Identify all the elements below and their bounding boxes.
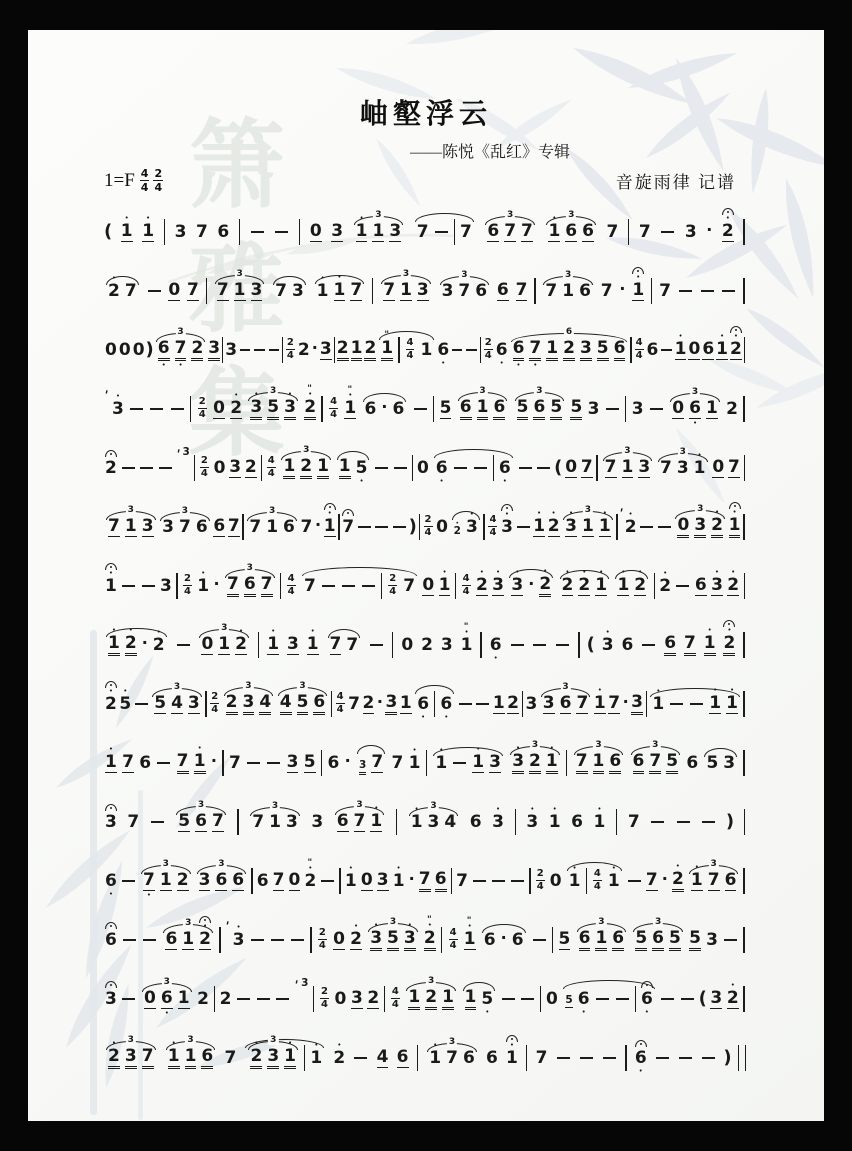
barline	[237, 809, 238, 835]
note: 1•	[125, 517, 137, 538]
note: 2•	[476, 576, 488, 597]
notation-line: 1•2•·2•01•2•1•31•770231•"6•(3•6671•2•	[104, 615, 746, 674]
note: 7	[348, 695, 360, 714]
note: 3	[125, 1047, 137, 1070]
note-digit: 1	[121, 222, 133, 243]
octave-dot-above: •	[266, 511, 278, 518]
tie-arc	[105, 681, 117, 688]
dash	[271, 939, 284, 941]
note: 6	[579, 929, 591, 952]
note: 6	[460, 398, 472, 421]
octave-dot-below: •	[143, 892, 155, 899]
note: 7	[458, 282, 470, 301]
ts-numerator: 4	[449, 927, 458, 940]
note: 1•	[334, 281, 346, 302]
octave-dot-above: •	[125, 510, 137, 517]
note: 1•	[429, 1049, 441, 1068]
dash	[661, 231, 674, 233]
tie-arc	[635, 1040, 647, 1047]
note-digit: 4	[259, 693, 271, 716]
barline	[261, 455, 262, 481]
dash	[724, 939, 737, 941]
dash	[661, 349, 671, 351]
note: 0	[119, 341, 131, 360]
note-digit: 7	[143, 871, 155, 892]
note-digit: 7	[177, 752, 189, 775]
octave-dot-above: •	[439, 569, 451, 576]
note-digit: 0	[546, 990, 558, 1009]
dash	[254, 349, 264, 351]
barline	[616, 809, 617, 835]
note: 2•	[548, 517, 560, 538]
note-digit: 2	[220, 990, 232, 1009]
note-digit: 5	[304, 753, 316, 774]
note: 6	[283, 518, 295, 537]
ts-numerator: 4	[329, 396, 338, 409]
note: 1•	[652, 695, 664, 714]
note: 0	[677, 516, 689, 539]
ts-numerator: 4	[593, 868, 602, 881]
barline	[441, 927, 442, 953]
barline	[625, 1045, 626, 1071]
dash	[135, 703, 148, 705]
note-digit: 2	[421, 636, 433, 655]
ts-denominator: 4	[288, 586, 295, 598]
note: 6	[487, 222, 499, 243]
barline	[628, 219, 629, 245]
note-digit: 1	[617, 576, 629, 597]
tuplet-group: 376	[438, 282, 492, 301]
note: 1•	[716, 340, 728, 361]
note-digit: 6	[499, 459, 511, 478]
note-digit: 7	[403, 577, 415, 596]
note: 1•	[632, 281, 644, 302]
tie-arc	[723, 620, 735, 627]
octave-dot-above: •	[182, 923, 194, 930]
note-digit: 1	[582, 517, 594, 538]
note: 1•	[435, 754, 447, 773]
ts-denominator: 4	[450, 940, 457, 952]
note-digit: 1	[400, 694, 412, 715]
notation-line: 000)6•7•233242·32121"4416•246•6•7•123564…	[104, 320, 746, 379]
note-digit: 6	[463, 1049, 475, 1068]
note: 6	[215, 871, 227, 892]
note-digit: 6	[497, 281, 509, 302]
note-digit: 2	[105, 695, 117, 714]
note-digit: 1	[594, 813, 606, 832]
note: 1•	[393, 872, 405, 891]
close-paren: )	[146, 339, 154, 360]
note: 2	[220, 990, 232, 1009]
note-digit: 2	[563, 339, 575, 362]
note-digit: 6	[579, 282, 591, 301]
note-digit: 6	[578, 990, 590, 1009]
slur-group: 15•	[461, 988, 498, 1011]
octave-dot-above: •	[168, 1040, 180, 1047]
octave-dot-above: •	[602, 629, 614, 636]
note: 3•	[492, 813, 504, 832]
note: 1•"	[461, 636, 473, 655]
note-digit: 6	[161, 989, 173, 1010]
note-digit: 7	[446, 1049, 458, 1068]
dash	[596, 998, 609, 1000]
note-digit: 2	[424, 929, 436, 952]
note: 1•	[218, 635, 230, 656]
note: 6	[493, 398, 505, 421]
octave-dot-above: •	[310, 1042, 322, 1049]
note-digit: 0	[361, 871, 373, 892]
note-digit: 2	[454, 526, 461, 538]
note-digit: 2	[539, 575, 551, 598]
octave-dot-above: •	[333, 1042, 345, 1049]
note-digit: 6	[257, 872, 269, 891]
close-paren: )	[723, 1047, 731, 1068]
note-digit: 4	[280, 693, 292, 716]
header: 岫壑浮云 ——陈悦《乱红》专辑 1=F 4424 音旋雨律 记谱	[28, 92, 824, 194]
octave-dot-above: •	[185, 1040, 197, 1047]
note: 7	[354, 812, 366, 833]
note-digit: 3	[711, 576, 723, 597]
barline	[310, 927, 311, 953]
slur-group: 37	[355, 751, 387, 776]
note-digit: 3	[501, 518, 513, 537]
note-digit: 1	[533, 517, 545, 538]
tie-arc	[641, 981, 653, 988]
note-digit: 5	[481, 990, 493, 1009]
note-digit: 7	[628, 813, 640, 832]
note-digit: 0	[201, 635, 213, 656]
note: 6	[497, 281, 509, 302]
octave-dot-above: •	[729, 509, 741, 516]
note-digit: 3	[284, 398, 296, 421]
octave-dot-below: •	[499, 478, 511, 485]
octave-dot-above: •	[230, 392, 242, 399]
note: 1	[706, 399, 718, 420]
note: 7	[417, 223, 429, 242]
ts-numerator: 4	[391, 986, 400, 999]
dash	[656, 1057, 669, 1059]
slur-group: 77	[413, 219, 476, 245]
note-digit: 0	[119, 341, 131, 360]
dash	[237, 998, 250, 1000]
time-signature: 44	[267, 455, 276, 480]
ts-denominator: 4	[287, 350, 294, 362]
note: 2	[563, 339, 575, 362]
note: 3	[229, 458, 241, 479]
octave-dot-above: •	[218, 628, 230, 635]
octave-dot-above: •	[121, 215, 133, 222]
note-digit: 6	[165, 930, 177, 951]
dash	[362, 585, 375, 587]
note: 1•	[594, 694, 606, 715]
note: 2	[425, 988, 437, 1011]
octave-dot-above: •	[233, 924, 245, 931]
octave-dot-above: •	[625, 511, 637, 518]
note-digit: 6	[490, 636, 502, 655]
octave-dot-above: •	[634, 569, 646, 576]
note: 5	[297, 693, 309, 716]
tuplet-group: 121	[404, 988, 458, 1011]
ts-numerator: 2	[536, 868, 545, 881]
note: 3	[311, 813, 323, 832]
notation-line: 1•3241•·76744724701•442•3•3•·2•2•2•1•1•2…	[104, 556, 746, 615]
note-digit: 2	[425, 988, 437, 1011]
ts-denominator: 4	[268, 468, 275, 480]
note-digit: 7	[504, 222, 516, 243]
note-digit: 1	[370, 812, 382, 833]
note: 4	[444, 813, 456, 832]
note: 6	[313, 693, 325, 716]
note-digit: 2	[507, 694, 519, 715]
note: 7	[576, 694, 588, 715]
ornament-mark: "	[347, 385, 353, 395]
barline	[743, 750, 744, 776]
octave-dot-above: •	[512, 745, 524, 752]
dash	[722, 290, 735, 292]
note: 1•	[549, 813, 561, 832]
note-digit: 1	[420, 341, 432, 360]
slur-group: 1•1•1•	[648, 694, 742, 715]
octave-dot-above: •	[539, 568, 551, 575]
note-digit: 3	[286, 813, 298, 832]
barline	[412, 455, 413, 481]
note-digit: 1	[105, 577, 117, 596]
note-digit: 7	[708, 871, 720, 892]
octave-dot-below: •	[529, 362, 541, 369]
note-digit: 7	[536, 1049, 548, 1068]
note: 7	[605, 458, 617, 479]
note: 6	[633, 752, 645, 775]
open-paren: (	[554, 457, 562, 478]
note-digit: 0	[144, 989, 156, 1010]
tuplet-group: 565	[631, 929, 685, 952]
barline	[625, 396, 626, 422]
octave-dot-above: •	[197, 570, 209, 577]
note: 3	[331, 222, 343, 243]
note-digit: 1	[465, 988, 477, 1011]
note-digit: 6	[436, 459, 448, 478]
note: 6	[614, 339, 626, 362]
barline	[483, 514, 484, 540]
note: 2•	[562, 576, 574, 597]
barline	[635, 986, 636, 1012]
barline	[493, 455, 494, 481]
octave-dot-above: •	[404, 922, 416, 929]
ts-numerator: 2	[153, 167, 163, 181]
note: 3•	[511, 576, 523, 597]
time-signature: 44	[635, 337, 644, 362]
note-digit: 6	[392, 400, 404, 419]
augmentation-dot: ·	[528, 574, 534, 593]
octave-dot-above: •	[694, 452, 706, 459]
note: 7	[304, 577, 316, 596]
ts-denominator: 4	[489, 527, 496, 539]
octave-dot-above: •	[691, 864, 703, 871]
note: 1•	[105, 753, 117, 774]
note: 3	[188, 694, 200, 715]
note: 3	[632, 400, 644, 419]
tie-arc	[506, 1035, 518, 1042]
dash	[642, 644, 655, 646]
note-digit: 3	[250, 398, 262, 421]
note: 5	[387, 929, 399, 952]
note-digit: 3	[208, 339, 220, 362]
octave-dot-above: •	[334, 274, 346, 281]
dash	[556, 644, 569, 646]
note: 0	[144, 989, 156, 1010]
note: 5	[597, 339, 609, 362]
barline	[529, 868, 530, 894]
ornament-mark: "	[427, 915, 433, 925]
barline	[398, 337, 399, 363]
note-digit: 3	[225, 341, 237, 360]
note-digit: 1	[339, 457, 351, 480]
octave-dot-above: •	[119, 688, 131, 695]
note-digit: 6	[328, 754, 340, 773]
tuplet-group: 6•7•2	[154, 339, 208, 362]
dash	[177, 644, 190, 646]
note-digit: 6	[633, 752, 645, 775]
note-digit: 7	[175, 339, 187, 362]
note-digit: 2	[125, 634, 137, 657]
tuplet-group: 03•2•	[673, 516, 727, 539]
octave-dot-above: •	[709, 687, 721, 694]
note: 3	[543, 694, 555, 715]
note-digit: 6	[641, 990, 653, 1009]
note-digit: 6	[579, 929, 591, 952]
octave-dot-above: •	[125, 627, 137, 634]
dash	[677, 821, 690, 823]
close-paren: )	[409, 516, 417, 537]
note: 6•	[689, 399, 701, 420]
note: 6	[565, 222, 577, 243]
dash	[240, 349, 250, 351]
note-digit: 2	[191, 339, 203, 362]
ornament-mark: "	[464, 622, 470, 632]
barline	[455, 573, 456, 599]
note: 6	[582, 222, 594, 243]
note: 0	[168, 281, 180, 302]
note-digit: 7	[639, 223, 651, 242]
note: 1•	[234, 281, 246, 302]
note-digit: 6	[493, 398, 505, 421]
note-digit: 1	[548, 222, 560, 243]
note-digit: 1	[439, 576, 451, 597]
dash	[148, 290, 161, 292]
note-digit: 7	[125, 282, 137, 301]
barline	[630, 337, 631, 363]
note: 3•	[404, 929, 416, 952]
note: 6	[647, 341, 659, 360]
note-digit: 4	[444, 813, 456, 832]
note: 2	[300, 457, 312, 480]
note: 1•"	[344, 399, 356, 420]
note: 6	[244, 575, 256, 598]
note: 6	[512, 931, 524, 950]
tie-arc	[632, 267, 644, 274]
note: 1•	[307, 635, 319, 656]
note: 3	[588, 400, 600, 419]
note: 7	[229, 754, 241, 773]
note-digit: 2	[177, 871, 189, 892]
note-digit: 1	[464, 930, 476, 951]
note-digit: 0	[565, 458, 577, 479]
octave-dot-above: •	[501, 511, 513, 518]
octave-dot-above: •	[727, 569, 739, 576]
note: 1•"	[464, 930, 476, 951]
tuplet-group: 567	[174, 812, 228, 833]
dash	[679, 1057, 692, 1059]
note: 2•	[730, 340, 742, 361]
note: 0	[417, 459, 429, 478]
note: 0	[361, 871, 373, 892]
note-digit: 3	[359, 760, 366, 776]
octave-dot-above: •	[659, 570, 671, 577]
note-digit: 7	[196, 223, 208, 242]
note-digit: 7	[728, 458, 740, 479]
note-digit: 2	[333, 1049, 345, 1068]
octave-dot-below: •	[578, 1009, 590, 1016]
octave-dot-above: •	[675, 333, 687, 340]
octave-dot-above: •	[526, 806, 538, 813]
note: 3	[351, 989, 363, 1010]
note-digit: 1	[595, 929, 607, 952]
note-digit: 2	[711, 516, 723, 539]
barline	[339, 868, 340, 894]
note-digit: 0	[105, 341, 117, 360]
note-digit: 1	[105, 753, 117, 774]
note-digit: 0	[214, 459, 226, 478]
note-digit: 0	[401, 636, 413, 655]
time-signature: 24	[153, 167, 163, 194]
note: 1•	[194, 752, 206, 775]
dash	[459, 703, 472, 705]
note-digit: 3	[723, 754, 735, 773]
tuplet-group: 234	[222, 693, 276, 716]
note: 5	[570, 398, 582, 421]
barline	[334, 337, 335, 363]
note: 3	[160, 577, 172, 596]
note-digit: 5	[387, 929, 399, 952]
note-digit: 6	[213, 517, 225, 538]
octave-dot-above: •	[617, 569, 629, 576]
note: 2•	[250, 1047, 262, 1070]
dash	[650, 408, 663, 410]
barline	[190, 396, 191, 422]
tie-arc	[105, 922, 117, 929]
note: 7	[504, 222, 516, 243]
note: 2•	[199, 930, 211, 951]
note-digit: 1	[461, 636, 473, 655]
dash	[354, 1057, 367, 1059]
ts-numerator: 4	[336, 691, 345, 704]
note: 2•	[722, 222, 734, 243]
tuplet-group: 3•2•1•	[508, 752, 562, 775]
note: 0	[213, 399, 225, 420]
octave-dot-below: •	[158, 362, 170, 369]
key-signature: 1=F 4424	[104, 167, 165, 194]
note-digit: 2	[625, 518, 637, 537]
octave-dot-above: •	[694, 509, 706, 516]
dash	[150, 408, 163, 410]
note-digit: 1	[472, 753, 484, 774]
octave-dot-above: •	[477, 391, 489, 398]
note: 1•	[506, 1049, 518, 1068]
tuplet-group: 121	[279, 457, 333, 480]
dash	[702, 1057, 715, 1059]
octave-dot-below: •	[440, 714, 452, 721]
note-digit: 3	[105, 990, 117, 1009]
